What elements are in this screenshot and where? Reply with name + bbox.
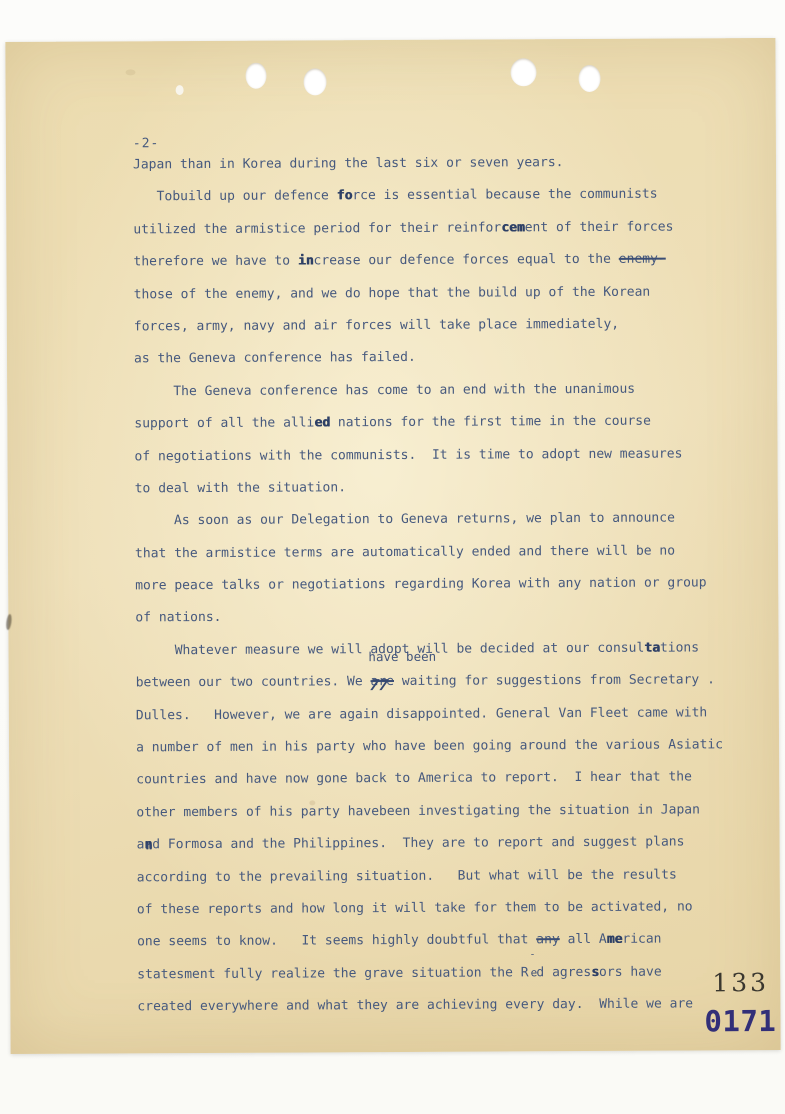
text-line: statesment fully realize the grave situa… [137, 956, 724, 991]
typewritten-lines: Japan than in Korea during the last six … [133, 146, 725, 1024]
text-line: those of the enemy, and we do hope that … [134, 276, 721, 311]
text-line: As soon as our Delegation to Geneva retu… [135, 503, 722, 538]
text-line: a number of men in his party who have be… [136, 729, 723, 764]
punch-hole [303, 68, 326, 95]
paper-fleck [176, 85, 184, 95]
text-line: utilized the armistice period for their … [133, 211, 720, 246]
document-number-stamp: 0171 [704, 1004, 776, 1038]
punch-hole [510, 58, 536, 86]
scanned-page: -2- Japan than in Korea during the last … [5, 38, 780, 1054]
inserted-text-above: have been [368, 651, 436, 664]
correction-mark-below: n [145, 840, 152, 851]
archive-page-stamp: 133 [712, 968, 769, 997]
text-line: Tobuild up our defence force is essentia… [133, 179, 720, 214]
correction-mark-below: 77 [367, 678, 390, 693]
text-line: annd Formosa and the Philippines. They a… [136, 826, 723, 861]
text-line: of these reports and how long it will ta… [137, 891, 724, 926]
text-line: of negotiations with the communists. It … [134, 438, 721, 473]
text-line: that the armistice terms are automatical… [135, 535, 722, 570]
text-line: forces, army, navy and air forces will t… [134, 308, 721, 343]
punch-hole [245, 63, 266, 89]
text-line: of nations. [135, 600, 722, 635]
inserted-text-above: - [529, 950, 535, 960]
text-line: The Geneva conference has come to an end… [134, 373, 721, 408]
correction-mark-below: e [531, 967, 538, 978]
text-line: countries and have now gone back to Amer… [136, 762, 723, 797]
text-line: more peace talks or negotiations regardi… [135, 567, 722, 602]
text-line: created everywhere and what they are ach… [137, 988, 724, 1023]
text-line: one seems to know. It seems highly doubt… [137, 924, 724, 959]
text-line: according to the prevailing situation. B… [137, 859, 724, 894]
text-line: Japan than in Korea during the last six … [133, 146, 720, 181]
text-line: between our two countries. We arehave be… [136, 665, 723, 700]
text-line: support of all the allied nations for th… [134, 405, 721, 440]
text-line: to deal with the situation. [135, 470, 722, 505]
punch-hole [578, 65, 600, 92]
paper-stain [126, 69, 136, 75]
text-line: as the Geneva conference has failed. [134, 341, 721, 376]
text-line: therefore we have to increase our defenc… [133, 243, 720, 278]
text-line: other members of his party havebeen inve… [136, 794, 723, 829]
text-line: Dulles. However, we are again disappoint… [136, 697, 723, 732]
